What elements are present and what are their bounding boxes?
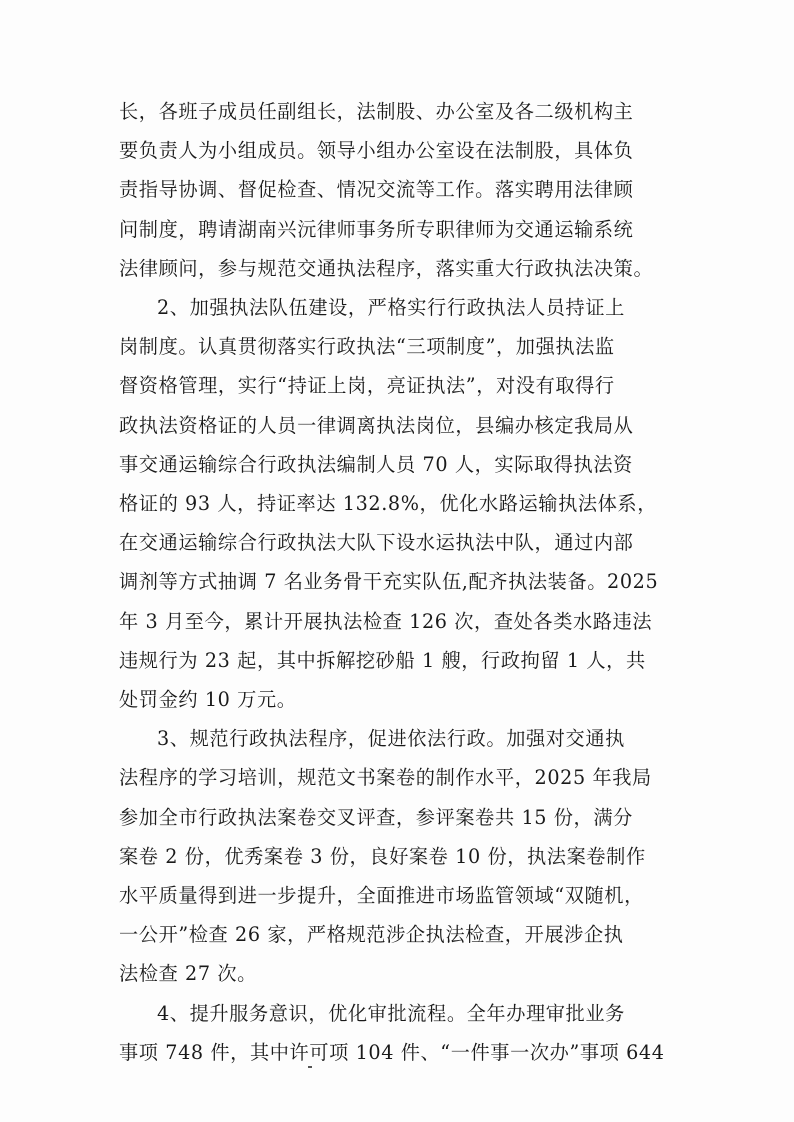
text-line: 水平质量得到进一步提升，全面推进市场监管领域“双随机， — [119, 876, 699, 915]
text-line: 2、加强执法队伍建设，严格实行行政执法人员持证上 — [119, 288, 699, 327]
text-line: 法检查 27 次。 — [119, 954, 699, 993]
text-line: 年 3 月至今，累计开展执法检查 126 次，查处各类水路违法 — [119, 602, 699, 641]
text-line: 在交通运输综合行政执法大队下设水运执法中队，通过内部 — [119, 523, 699, 562]
text-line: 调剂等方式抽调 7 名业务骨干充实队伍,配齐执法装备。2025 — [119, 562, 699, 601]
text-line: 问制度，聘请湖南兴沅律师事务所专职律师为交通运输系统 — [119, 210, 699, 249]
text-line: 4、提升服务意识，优化审批流程。全年办理审批业务 — [119, 994, 699, 1033]
paragraph-enforcement-procedure: 3、规范行政执法程序，促进依法行政。加强对交通执 法程序的学习培训，规范文书案卷… — [119, 719, 699, 993]
text-line: 3、规范行政执法程序，促进依法行政。加强对交通执 — [119, 719, 699, 758]
scan-speck — [308, 1066, 312, 1068]
text-line: 事交通运输综合行政执法编制人员 70 人，实际取得执法资 — [119, 445, 699, 484]
text-line: 法程序的学习培训，规范文书案卷的制作水平，2025 年我局 — [119, 758, 699, 797]
text-line: 案卷 2 份，优秀案卷 3 份，良好案卷 10 份，执法案卷制作 — [119, 837, 699, 876]
document-body: 长，各班子成员任副组长，法制股、办公室及各二级机构主 要负责人为小组成员。领导小… — [119, 92, 699, 1072]
text-line: 处罚金约 10 万元。 — [119, 680, 699, 719]
paragraph-leadership-group: 长，各班子成员任副组长，法制股、办公室及各二级机构主 要负责人为小组成员。领导小… — [119, 92, 699, 288]
text-line: 要负责人为小组成员。领导小组办公室设在法制股，具体负 — [119, 131, 699, 170]
text-line: 格证的 93 人，持证率达 132.8%，优化水路运输执法体系， — [119, 484, 699, 523]
text-line: 参加全市行政执法案卷交叉评查，参评案卷共 15 份，满分 — [119, 798, 699, 837]
text-line: 违规行为 23 起，其中拆解挖砂船 1 艘，行政拘留 1 人，共 — [119, 641, 699, 680]
paragraph-service-approval: 4、提升服务意识，优化审批流程。全年办理审批业务 事项 748 件，其中许可项 … — [119, 994, 699, 1072]
document-page: 长，各班子成员任副组长，法制股、办公室及各二级机构主 要负责人为小组成员。领导小… — [0, 0, 794, 1122]
text-line: 一公开”检查 26 家，严格规范涉企执法检查，开展涉企执 — [119, 915, 699, 954]
text-line: 政执法资格证的人员一律调离执法岗位，县编办核定我局从 — [119, 406, 699, 445]
paragraph-enforcement-team: 2、加强执法队伍建设，严格实行行政执法人员持证上 岗制度。认真贯彻落实行政执法“… — [119, 288, 699, 719]
text-line: 事项 748 件，其中许可项 104 件、“一件事一次办”事项 644 — [119, 1033, 699, 1072]
text-line: 岗制度。认真贯彻落实行政执法“三项制度”，加强执法监 — [119, 327, 699, 366]
text-line: 法律顾问，参与规范交通执法程序，落实重大行政执法决策。 — [119, 249, 699, 288]
text-line: 责指导协调、督促检查、情况交流等工作。落实聘用法律顾 — [119, 170, 699, 209]
text-line: 长，各班子成员任副组长，法制股、办公室及各二级机构主 — [119, 92, 699, 131]
text-line: 督资格管理，实行“持证上岗，亮证执法”，对没有取得行 — [119, 366, 699, 405]
